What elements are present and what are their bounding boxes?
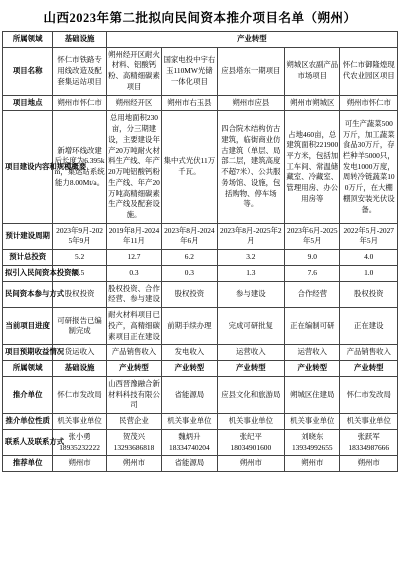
table-cell: 运营收入 [285,345,340,361]
table-cell: 朔州市怀仁市 [53,95,106,111]
table-row: 所属领域基础设施产业转型 [3,32,398,48]
table-cell: 股权投资 [340,281,398,307]
table-row: 项目预期收益情况货运收入产品销售收入发电收入运营收入运营收入产品销售收入 [3,345,398,361]
row-header: 推介单位性质 [3,414,53,430]
table-cell: 可研报告已编制完成 [53,308,106,345]
table-cell: 5.2 [53,250,106,266]
table-cell: 张小勇 18935232222 [53,429,106,455]
table-cell: 0.3 [162,265,217,281]
row-header: 所属领域 [3,32,53,48]
table-cell: 怀仁市发改局 [340,376,398,413]
row-header: 推介单位 [3,376,53,413]
table-cell: 2022年5月-2027年5月 [340,223,398,249]
table-cell: 应县文化和旅游局 [217,376,285,413]
row-header: 联系人及联系方式 [3,429,53,455]
table-cell: 2023年9月-2025年9月 [53,223,106,249]
table-cell: 6.2 [162,250,217,266]
table-cell: 产业转型 [106,361,161,377]
table-row: 拟引入民间资本投资额0.50.30.31.37.61.0 [3,265,398,281]
table-cell: 股权投资、合作经营、参与建设 [106,281,161,307]
table-cell: 朔州市 [340,456,398,472]
table-cell: 总用地面积230亩，分三期建设，主要建设年产20万吨耐火材料生产线、年产20万吨… [106,111,161,223]
table-cell: 产品销售收入 [340,345,398,361]
table-cell: 怀仁市发改局 [53,376,106,413]
table-cell: 2023年8月-2025年2月 [217,223,285,249]
table-cell: 魏炳升 18334740204 [162,429,217,455]
table-cell: 耐火材料项目已投产，高精细碳素项目正在建设 [106,308,161,345]
table-row: 推介单位性质机关事业单位民营企业机关事业单位机关事业单位机关事业单位机关事业单位 [3,414,398,430]
table-cell: 2019年8月-2024年11月 [106,223,161,249]
table-cell: 国家电投中宇右玉110MW光储一体化项目 [162,47,217,95]
table-cell: 12.7 [106,250,161,266]
table-cell: 山西晋豫融合新材料科技有限公司 [106,376,161,413]
table-cell: 朔城区住建局 [285,376,340,413]
table-cell: 贺茂兴 13293686818 [106,429,161,455]
table-cell: 产品销售收入 [106,345,161,361]
table-row: 项目名称怀仁市铁路专用线改造及配套集运站项目朔州经开区耐火材料、铝酸钙粉、高精细… [3,47,398,95]
table-cell: 朔州市怀仁市 [340,95,398,111]
table-cell: 占地460亩，总建筑面积221900平方米，包括加工车间、常温储藏室、冷藏室、管… [285,111,340,223]
table-cell: 产业转型 [162,361,217,377]
table-cell: 朔州经开区耐火材料、铝酸钙粉、高精细碳素项目 [106,47,161,95]
table-cell: 朔州市 [217,456,285,472]
table-row: 项目建设内容和规模概要新增环线改建后长度为6.395km，集运站系统能力8.00… [3,111,398,223]
table-row: 联系人及联系方式张小勇 18935232222贺茂兴 13293686818魏炳… [3,429,398,455]
table-cell: 怀仁市御隆煌现代农业园区项目 [340,47,398,95]
table-cell: 朔州市应县 [217,95,285,111]
table-cell: 基础设施 [53,361,106,377]
table-cell: 1.0 [340,265,398,281]
table-cell: 四合院木结构仿古建筑，临街商业仿古建筑（单层、局部二层，建筑高度不超7米）、公共… [217,111,285,223]
table-cell: 0.3 [106,265,161,281]
table-cell: 产业转型 [106,32,397,48]
table-row: 所属领域基础设施产业转型产业转型产业转型产业转型产业转型 [3,361,398,377]
table-cell: 正在编制可研 [285,308,340,345]
table-cell: 完成可研批复 [217,308,285,345]
table-cell: 朔州市 [53,456,106,472]
table-cell: 刘晓东 13934992655 [285,429,340,455]
table-cell: 参与建设 [217,281,285,307]
table-cell: 2023年8月-2024年6月 [162,223,217,249]
table-cell: 3.2 [217,250,285,266]
table-cell: 朔州经开区 [106,95,161,111]
table-row: 项目地点朔州市怀仁市朔州经开区朔州市右玉县朔州市应县朔州市朔城区朔州市怀仁市 [3,95,398,111]
table-cell: 产业转型 [340,361,398,377]
table-cell: 产业转型 [285,361,340,377]
table-row: 推荐单位朔州市朔州市省能源局朔州市朔州市朔州市 [3,456,398,472]
row-header: 项目预期收益情况 [3,345,53,361]
table-cell: 正在建设 [340,308,398,345]
document-page: 山西2023年第二批拟向民间资本推介项目名单（朔州） 所属领域基础设施产业转型项… [0,0,400,565]
table-cell: 9.0 [285,250,340,266]
row-header: 所属领域 [3,361,53,377]
table-cell: 机关事业单位 [53,414,106,430]
row-header: 当前项目进度 [3,308,53,345]
table-cell: 朔州市右玉县 [162,95,217,111]
table-cell: 集中式光伏11万千瓦。 [162,111,217,223]
table-cell: 张纪平 18034901600 [217,429,285,455]
table-cell: 发电收入 [162,345,217,361]
table-row: 民间资本参与方式股权投资股权投资、合作经营、参与建设股权投资参与建设合作经营股权… [3,281,398,307]
table-cell: 省能源局 [162,456,217,472]
table-cell: 民营企业 [106,414,161,430]
table-cell: 2023年6月-2025年5月 [285,223,340,249]
table-cell: 可生产蔬菜500万斤，加工蔬菜食品30万斤，存栏种羊5000只，发电1000万度… [340,111,398,223]
projects-table-body: 所属领域基础设施产业转型项目名称怀仁市铁路专用线改造及配套集运站项目朔州经开区耐… [3,32,398,472]
table-row: 预计建设周期2023年9月-2025年9月2019年8月-2024年11月202… [3,223,398,249]
table-cell: 省能源局 [162,376,217,413]
table-row: 预计总投资5.212.76.23.29.04.0 [3,250,398,266]
table-cell: 基础设施 [53,32,106,48]
table-cell: 4.0 [340,250,398,266]
table-row: 当前项目进度可研报告已编制完成耐火材料项目已投产，高精细碳素项目正在建设前期手续… [3,308,398,345]
table-cell: 前期手续办理 [162,308,217,345]
table-row: 推介单位怀仁市发改局山西晋豫融合新材料科技有限公司省能源局应县文化和旅游局朔城区… [3,376,398,413]
row-header: 民间资本参与方式 [3,281,53,307]
projects-table: 所属领域基础设施产业转型项目名称怀仁市铁路专用线改造及配套集运站项目朔州经开区耐… [2,31,398,472]
table-cell: 朔州市 [285,456,340,472]
page-title: 山西2023年第二批拟向民间资本推介项目名单（朔州） [2,6,398,31]
row-header: 项目建设内容和规模概要 [3,111,53,223]
table-cell: 7.6 [285,265,340,281]
row-header: 推荐单位 [3,456,53,472]
row-header: 项目地点 [3,95,53,111]
table-cell: 张跃军 18334987666 [340,429,398,455]
table-cell: 应县塔东一期项目 [217,47,285,95]
table-cell: 产业转型 [217,361,285,377]
table-cell: 机关事业单位 [162,414,217,430]
table-cell: 机关事业单位 [340,414,398,430]
table-cell: 朔城区农副产品市场项目 [285,47,340,95]
row-header: 拟引入民间资本投资额 [3,265,53,281]
row-header: 预计总投资 [3,250,53,266]
table-cell: 机关事业单位 [217,414,285,430]
table-cell: 朔州市 [106,456,161,472]
table-cell: 机关事业单位 [285,414,340,430]
table-cell: 新增环线改建后长度为6.395km，集运站系统能力8.00Mt/a。 [53,111,106,223]
table-cell: 1.3 [217,265,285,281]
row-header: 预计建设周期 [3,223,53,249]
table-cell: 朔州市朔城区 [285,95,340,111]
table-cell: 合作经营 [285,281,340,307]
table-cell: 怀仁市铁路专用线改造及配套集运站项目 [53,47,106,95]
row-header: 项目名称 [3,47,53,95]
table-cell: 股权投资 [162,281,217,307]
table-cell: 运营收入 [217,345,285,361]
